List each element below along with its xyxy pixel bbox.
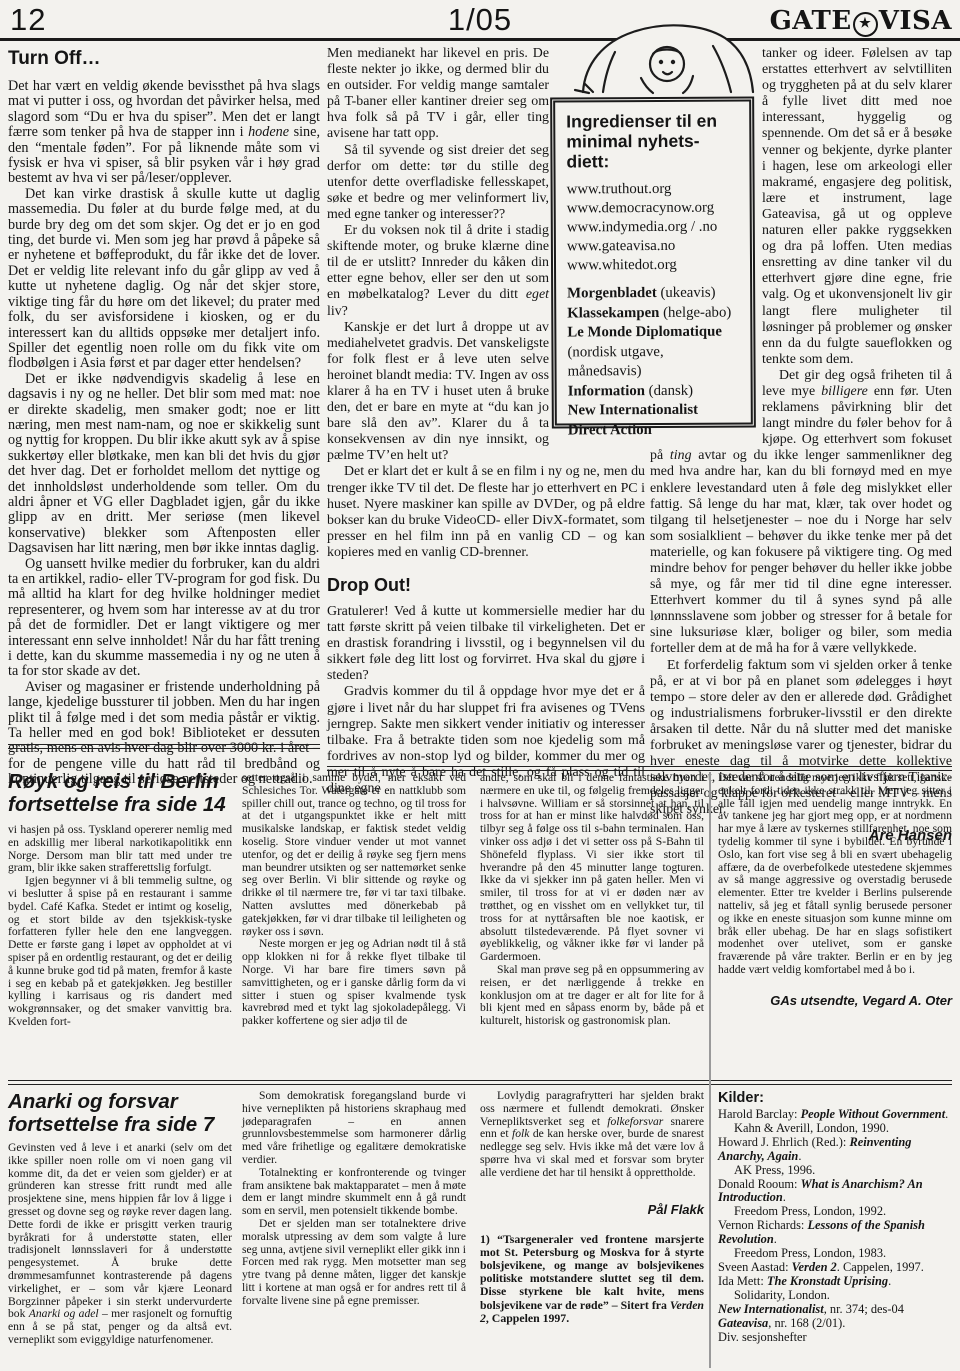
anarki-col2: Som demokratisk foregangsland burde vi h… [242,1090,466,1308]
berlin-title-line2: fortsettelse fra side 14 [8,793,226,816]
kilder-title: Kilder: [718,1090,952,1106]
paragraph: Gratulerer! Ved å kutte ut kommersielle … [327,604,645,684]
source-entry: New Internationalist, nr. 374; des-04 [718,1303,952,1317]
paragraph: Det er sjelden man ser totalnektere driv… [242,1218,466,1308]
article-title: Turn Off… [8,48,320,70]
logo-text-right: VISA [879,6,952,36]
berlin-header: Røyk og reis til Berlin fortsettelse fra… [8,770,226,816]
gateavisa-logo: GATE★VISA [770,6,952,37]
paragraph: Det er ikke nødvendigvis skadelig å lese… [8,372,320,557]
source-entry: Sveen Aastad: Verden 2. Cappelen, 1997. [718,1261,952,1275]
source-entry: Donald Rooum: What is Anarchism? An Intr… [718,1178,952,1206]
paragraph: vi hasjen på oss. Tyskland opererer neml… [8,824,232,875]
paragraph: andre, som skal bli i denne fantastiske … [480,772,704,964]
source-entry: Howard J. Ehrlich (Red.): Reinventing An… [718,1136,952,1164]
box-wrap-spacer [650,46,762,438]
anarki-col3: Lovlydig paragrafrytteri har sjelden bra… [480,1090,704,1325]
source-entry: Harold Barclay: People Without Governmen… [718,1108,952,1122]
paragraph: Gevinsten ved å leve i et anarki (selv o… [8,1142,232,1347]
source-entry: Vernon Richards: Lessons of the Spanish … [718,1219,952,1247]
paragraph: Totalnekting er konfronterende og tvinge… [242,1167,466,1218]
source-entry: Freedom Press, London, 1992. [718,1205,952,1219]
berlin-title-line1: Røyk og reis til Berlin [8,770,226,793]
logo-text-left: GATE [770,6,852,36]
anarki-col1: Gevinsten ved å leve i et anarki (selv o… [8,1142,232,1347]
kilder-column: Kilder: Harold Barclay: People Without G… [718,1090,952,1344]
source-entry: Div. sesjonshefter [718,1331,952,1345]
source-entry: Kahn & Averill, London, 1990. [718,1122,952,1136]
source-entry: AK Press, 1996. [718,1164,952,1178]
paragraph: Det kan virke drastisk å skulle kutte ut… [8,187,320,372]
berlin-col3: andre, som skal bli i denne fantastiske … [480,772,704,1028]
paragraph: Igjen begynner vi å bli temmelig sultne,… [8,875,232,1029]
paragraph: Lovlydig paragrafrytteri har sjelden bra… [480,1090,704,1180]
source-entry: Ida Mett: The Kronstadt Uprising. [718,1275,952,1289]
paragraph: Det er klart det er kult å se en film i … [327,464,645,561]
anarki-title-line1: Anarki og forsvar [8,1090,214,1113]
paragraph: Skal man prøve seg på en oppsummering av… [480,964,704,1028]
byline-vegard-oter: GAs utsendte, Vegard A. Oter [718,993,952,1008]
column-divider [709,772,711,1368]
article-turn-off: Turn Off… Det har vært en veldig økende … [8,48,320,788]
header-divider [0,38,960,41]
anarki-title-line2: fortsettelse fra side 7 [8,1113,214,1136]
byline-pal-flakk: Pål Flakk [480,1202,704,1217]
paragraph: setter også i samme bydel, mer eksakt ve… [242,772,466,938]
footnote: 1) “Tsargeneraler ved frontene marsjerte… [480,1233,704,1325]
circled-star-icon: ★ [853,12,878,37]
berlin-col4: Det var så uendelig mye jeg ikke fikk se… [718,772,952,1008]
article-right-column: tanker og ideer. Følelsen av tap erstatt… [650,46,952,844]
source-entry: Gateavisa, nr. 168 (2/01). [718,1317,952,1331]
berlin-col2: setter også i samme bydel, mer eksakt ve… [242,772,466,1028]
paragraph: Det var så uendelig mye jeg ikke fikk se… [718,772,952,977]
anarki-header: Anarki og forsvar fortsettelse fra side … [8,1090,214,1136]
berlin-col1: vi hasjen på oss. Tyskland opererer neml… [8,824,232,1029]
section-divider [8,1080,952,1085]
section-divider [8,744,320,749]
paragraph: Det har vært en veldig økende bevissthet… [8,79,320,187]
source-entry: Freedom Press, London, 1983. [718,1247,952,1261]
paragraph: Og uansett hvilke medier du forbruker, k… [8,557,320,680]
paragraph: Som demokratisk foregangsland burde vi h… [242,1090,466,1167]
source-entry: Solidarity, London. [718,1289,952,1303]
paragraph: Neste morgen er jeg og Adrian nødt til å… [242,938,466,1028]
drop-out-title: Drop Out! [327,575,645,596]
newspaper-page: 12 1/05 GATE★VISA Turn Off… Det har vært… [0,0,960,1371]
footnote-text: 1) “Tsargeneraler ved frontene marsjerte… [480,1233,704,1325]
